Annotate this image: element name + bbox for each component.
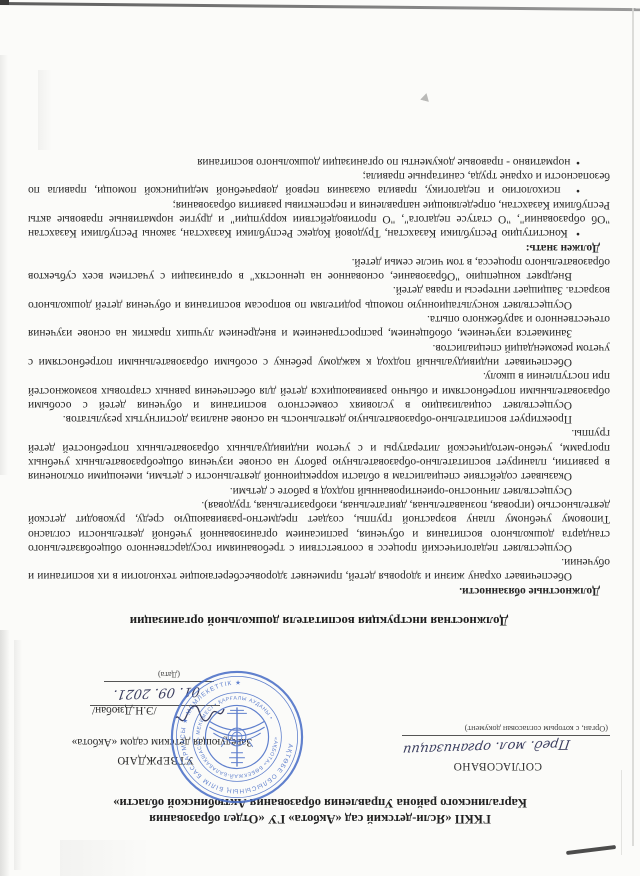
body-paragraph: Осуществляет консультационную помощь род… <box>28 283 610 312</box>
scan-streak <box>0 55 8 475</box>
scanned-document-background: ГККП «Ясли-детский сад «Акбота» ГУ «Отде… <box>0 0 640 876</box>
body-paragraph: Осуществляет социализацию в условиях сов… <box>28 369 610 412</box>
scan-streak <box>38 70 52 150</box>
body-paragraph: Обеспечивает охрану жизни и здоровья дет… <box>28 555 610 584</box>
bullet-item: нормативно - правовые документы по орган… <box>28 155 610 169</box>
agreed-caption: (Орган, с которым согласован документ) <box>465 724 608 733</box>
body-paragraph: Занимается изучением, обобщением, распро… <box>28 312 610 341</box>
approved-name: /Э.Н.Дзюбан/ <box>92 704 157 716</box>
scan-edge-right-faint <box>621 770 622 855</box>
body-paragraph: Осуществляет педагогический процесс в со… <box>28 498 610 555</box>
body-paragraph: Оказывает содействие специалистам в обла… <box>28 426 610 483</box>
body-paragraph: Обеспечивает индивидуальный подход к каж… <box>28 340 610 369</box>
document-body: Должностная инструкция воспитателя дошко… <box>28 155 610 629</box>
scan-streak <box>0 630 10 876</box>
section-must-know-label: Должен знать: <box>28 240 610 254</box>
scan-streak <box>14 640 22 870</box>
scan-corner-mark <box>0 0 9 5</box>
document-heading: Должностная инструкция воспитателя дошко… <box>28 614 610 628</box>
stamp-emblem-icon <box>209 707 264 766</box>
bullet-item: психологию и педагогику, правила оказани… <box>28 169 610 198</box>
section-duties-label: Должностные обязанности. <box>28 583 610 597</box>
scan-streak <box>60 840 150 876</box>
organization-title-line2: Каргалинского района Управления образова… <box>40 795 600 811</box>
agreed-label: СОГЛАСОВАНО <box>400 760 542 772</box>
agreed-signature-line <box>402 735 610 736</box>
scanned-page: ГККП «Ясли-детский сад «Акбота» ГУ «Отде… <box>0 0 640 876</box>
bullet-item: Конституцию Республики Казахстан, Трудов… <box>28 197 610 240</box>
organization-title: ГККП «Ясли-детский сад «Акбота» ГУ «Отде… <box>40 795 600 826</box>
body-paragraph: Проектирует воспитательно-образовательну… <box>28 412 610 426</box>
agreed-handwriting: Пред. мол. организации <box>402 736 571 757</box>
body-paragraph: Осуществляет личностно-ориентированный п… <box>28 483 610 497</box>
scan-edge-right <box>632 8 634 846</box>
organization-title-line1: ГККП «Ясли-детский сад «Акбота» ГУ «Отде… <box>40 811 600 827</box>
agreed-block: СОГЛАСОВАНО Пред. мол. организации (Орга… <box>400 760 610 772</box>
official-stamp-icon: АҚТӨБЕ ОБЛЫСЫНЫҢ БІЛІМ БАСҚАРМАСЫ ★ МЕМЛ… <box>168 668 306 806</box>
body-paragraph: Внедряет концепцию "Образование, основан… <box>28 255 610 284</box>
